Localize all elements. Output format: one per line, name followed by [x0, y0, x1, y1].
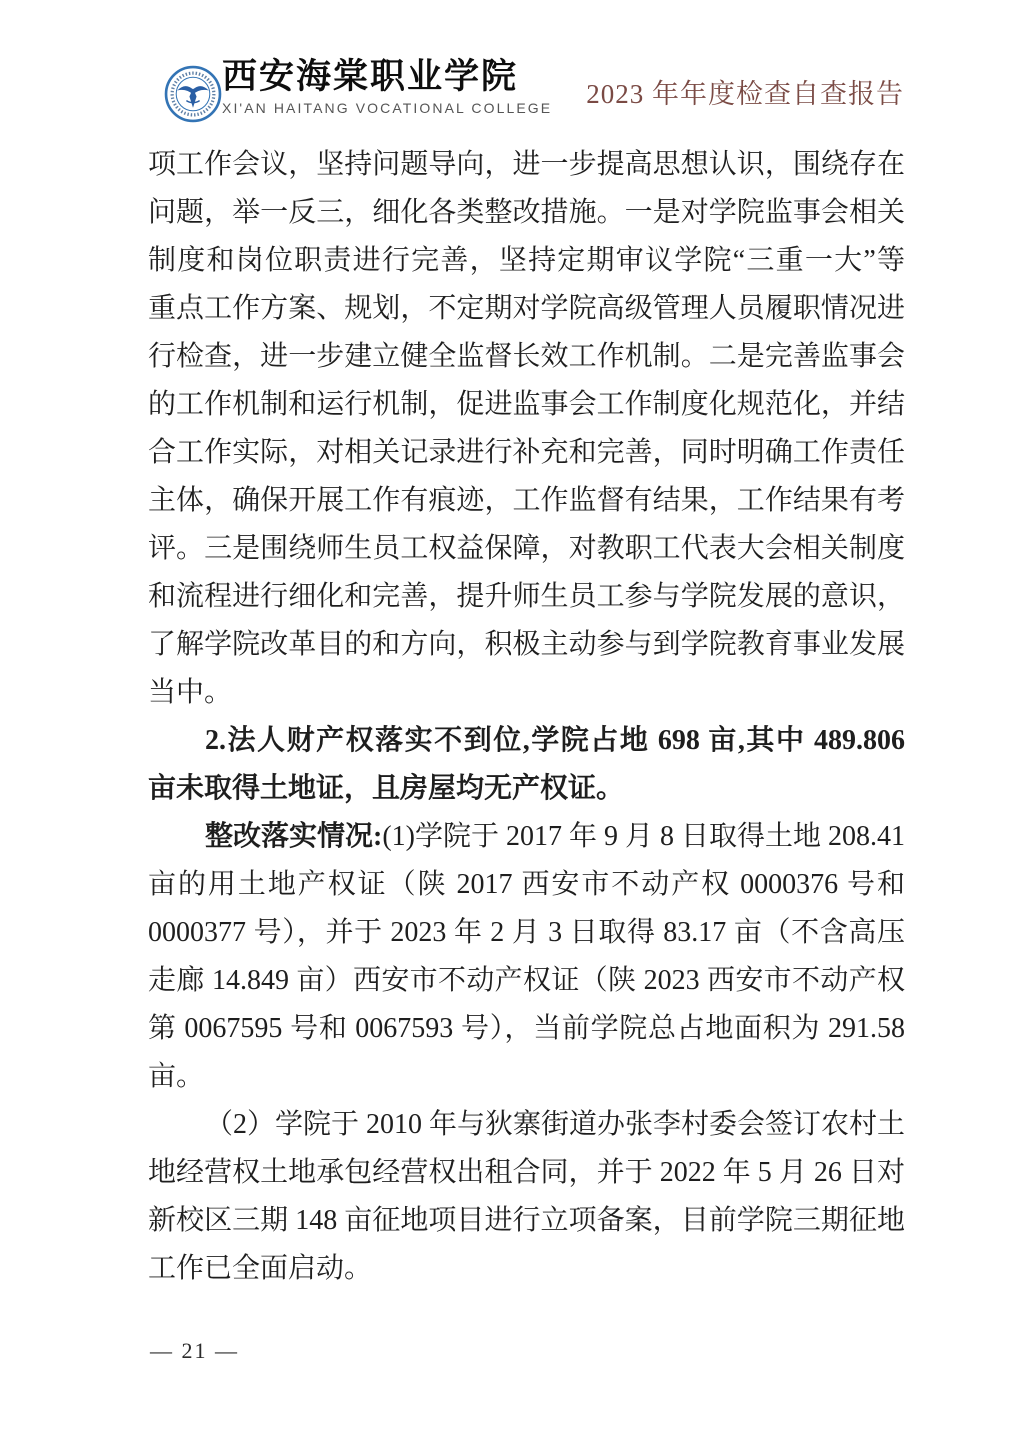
paragraph-line: 地经营权土地承包经营权出租合同，并于 2022 年 5 月 26 日对	[148, 1149, 905, 1197]
paragraph-line: 工作已全面启动。	[148, 1245, 905, 1293]
section-heading-line: 亩未取得土地证，且房屋均无产权证。	[148, 765, 905, 813]
college-seal-icon	[164, 65, 222, 123]
paragraph-line: 制度和岗位职责进行完善，坚持定期审议学院“三重一大”等	[148, 237, 905, 285]
paragraph-line: 走廊 14.849 亩）西安市不动产权证（陕 2023 西安市不动产权	[148, 957, 905, 1005]
paragraph-line: 新校区三期 148 亩征地项目进行立项备案，目前学院三期征地	[148, 1197, 905, 1245]
paragraph-line: 当中。	[148, 669, 905, 717]
college-name-zh: 西安海棠职业学院	[222, 57, 552, 97]
paragraph-line: 行检查，进一步建立健全监督长效工作机制。二是完善监事会	[148, 333, 905, 381]
paragraph-line: 0000377 号），并于 2023 年 2 月 3 日取得 83.17 亩（不…	[148, 909, 905, 957]
paragraph-line: 评。三是围绕师生员工权益保障，对教职工代表大会相关制度	[148, 525, 905, 573]
college-name-en: XI'AN HAITANG VOCATIONAL COLLEGE	[222, 100, 552, 116]
college-logo-text: 西安海棠职业学院 XI'AN HAITANG VOCATIONAL COLLEG…	[222, 57, 552, 116]
paragraph-line: （2）学院于 2010 年与狄寨街道办张李村委会签订农村土	[148, 1101, 905, 1149]
paragraph-line: 亩。	[148, 1053, 905, 1101]
document-page: 西安海棠职业学院 XI'AN HAITANG VOCATIONAL COLLEG…	[0, 0, 1024, 1447]
paragraph-line: 主体，确保开展工作有痕迹，工作监督有结果，工作结果有考	[148, 477, 905, 525]
section-heading-line: 2.法人财产权落实不到位,学院占地 698 亩,其中 489.806	[148, 717, 905, 765]
paragraph-line: 了解学院改革目的和方向，积极主动参与到学院教育事业发展	[148, 621, 905, 669]
paragraph-line: 亩的用土地产权证（陕 2017 西安市不动产权 0000376 号和	[148, 861, 905, 909]
paragraph-line: 合工作实际，对相关记录进行补充和完善，同时明确工作责任	[148, 429, 905, 477]
paragraph-line: 重点工作方案、规划，不定期对学院高级管理人员履职情况进	[148, 285, 905, 333]
page-number: — 21 —	[150, 1338, 239, 1364]
paragraph-line: 项工作会议，坚持问题导向，进一步提高思想认识，围绕存在	[148, 141, 905, 189]
paragraph-text: (1)学院于 2017 年 9 月 8 日取得土地 208.41	[382, 821, 905, 852]
document-body: 项工作会议，坚持问题导向，进一步提高思想认识，围绕存在 问题，举一反三，细化各类…	[148, 141, 905, 1293]
paragraph-line: 的工作机制和运行机制，促进监事会工作制度化规范化，并结	[148, 381, 905, 429]
paragraph-line: 和流程进行细化和完善，提升师生员工参与学院发展的意识，	[148, 573, 905, 621]
paragraph-line: 问题，举一反三，细化各类整改措施。一是对学院监事会相关	[148, 189, 905, 237]
paragraph-line: 第 0067595 号和 0067593 号），当前学院总占地面积为 291.5…	[148, 1005, 905, 1053]
report-title: 2023 年年度检查自查报告	[586, 72, 904, 111]
paragraph-line: 整改落实情况:(1)学院于 2017 年 9 月 8 日取得土地 208.41	[148, 813, 905, 861]
rectification-lead-label: 整改落实情况:	[205, 821, 382, 852]
